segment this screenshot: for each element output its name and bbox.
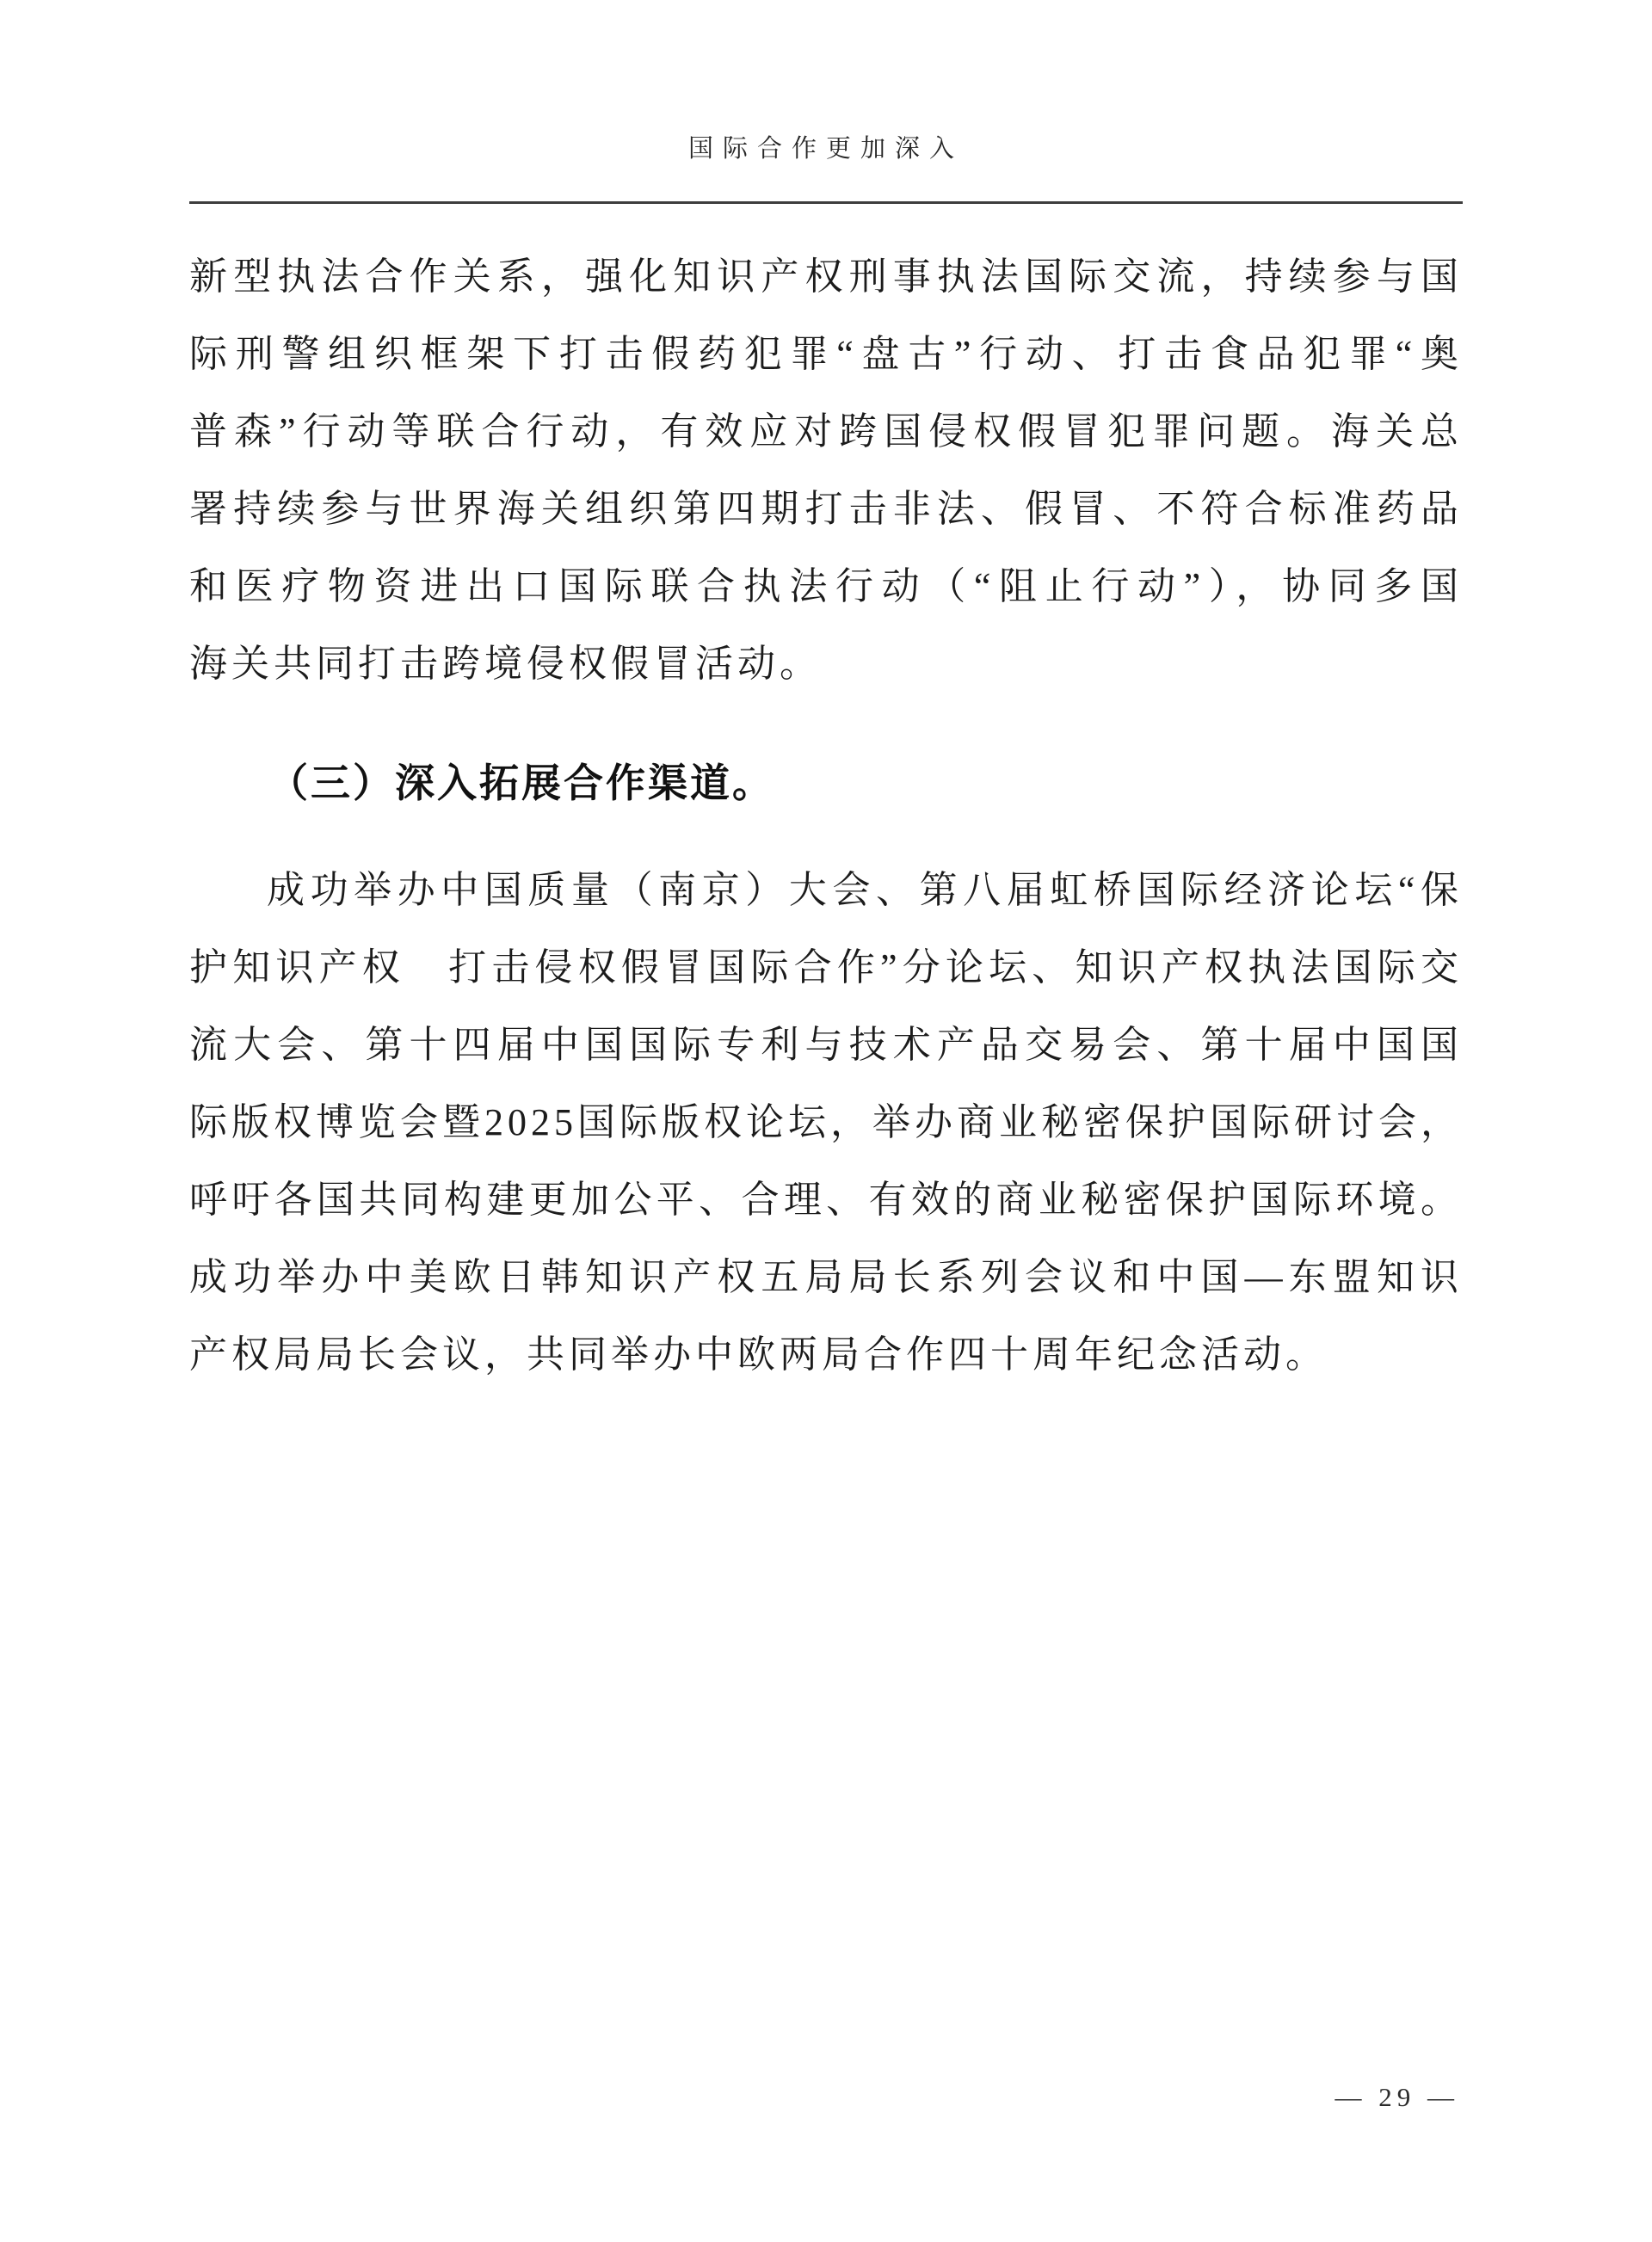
page-number: — 29 — bbox=[1335, 2079, 1460, 2116]
text-line: 署持续参与世界海关组织第四期打击非法、假冒、不符合标准药品 bbox=[189, 471, 1463, 548]
document-page: 国际合作更加深入 新型执法合作关系，强化知识产权刑事执法国际交流，持续参与国际刑… bbox=[0, 0, 1652, 2242]
text-line: 和医疗物资进出口国际联合执法行动（“阻止行动”），协同多国 bbox=[189, 548, 1463, 625]
text-line: 际刑警组织框架下打击假药犯罪“盘古”行动、打击食品犯罪“奥 bbox=[189, 316, 1463, 393]
text-line: 成功举办中国质量（南京）大会、第八届虹桥国际经济论坛“保 bbox=[189, 852, 1463, 929]
text-line: 普森”行动等联合行动，有效应对跨国侵权假冒犯罪问题。海关总 bbox=[189, 393, 1463, 471]
text-line: 流大会、第十四届中国国际专利与技术产品交易会、第十届中国国 bbox=[189, 1007, 1463, 1084]
text-line: 护知识产权 打击侵权假冒国际合作”分论坛、知识产权执法国际交 bbox=[189, 929, 1463, 1007]
text-line: 际版权博览会暨2025国际版权论坛，举办商业秘密保护国际研讨会， bbox=[189, 1084, 1463, 1161]
header-rule bbox=[189, 201, 1463, 204]
text-line: 新型执法合作关系，强化知识产权刑事执法国际交流，持续参与国 bbox=[189, 238, 1463, 316]
section-heading: （三）深入拓展合作渠道。 bbox=[189, 750, 1463, 816]
text-line: 成功举办中美欧日韩知识产权五局局长系列会议和中国—东盟知识 bbox=[189, 1239, 1463, 1316]
paragraph-cooperation-channels: 成功举办中国质量（南京）大会、第八届虹桥国际经济论坛“保护知识产权 打击侵权假冒… bbox=[189, 852, 1463, 1394]
text-line: 海关共同打击跨境侵权假冒活动。 bbox=[189, 625, 1463, 703]
running-header: 国际合作更加深入 bbox=[189, 129, 1463, 169]
paragraph-enforcement-cooperation: 新型执法合作关系，强化知识产权刑事执法国际交流，持续参与国际刑警组织框架下打击假… bbox=[189, 238, 1463, 703]
text-line: 产权局局长会议，共同举办中欧两局合作四十周年纪念活动。 bbox=[189, 1316, 1463, 1394]
text-line: 呼吁各国共同构建更加公平、合理、有效的商业秘密保护国际环境。 bbox=[189, 1161, 1463, 1239]
